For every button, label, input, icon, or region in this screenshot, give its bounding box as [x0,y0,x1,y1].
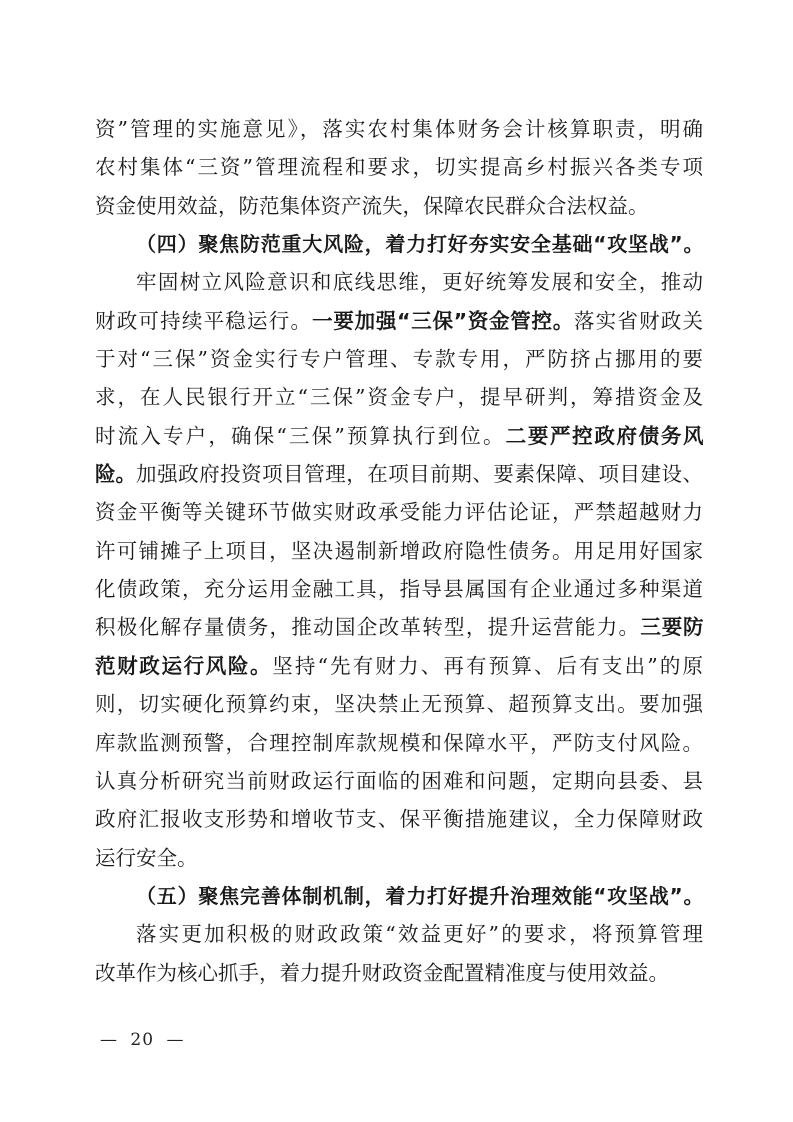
body-line: 改革作为核心抓手，着力提升财政资金配置精准度与使用效益。 [95,954,703,992]
document-body: 资”管理的实施意见》，落实农村集体财务会计核算职责，明确农村集体“三资”管理流程… [95,110,703,992]
heading-line: （五）聚焦完善体制机制，着力打好提升治理效能“攻坚战”。 [95,877,703,915]
text-run: 落实省财政关 [574,309,703,333]
document-page: 资”管理的实施意见》，落实农村集体财务会计核算职责，明确农村集体“三资”管理流程… [0,0,793,1122]
bold-text-run: 三要防 [640,615,703,639]
text-run: 财政可持续平稳运行。 [95,309,312,333]
bold-text-run: 险。 [95,462,136,486]
body-line: 财政可持续平稳运行。一要加强“三保”资金管控。落实省财政关 [95,302,703,340]
text-run: 资金平衡等关键环节做实财政承受能力评估论证，严禁超越财力 [95,500,703,524]
text-run: 时流入专户，确保“三保”预算执行到位。 [95,424,506,448]
body-line: 牢固树立风险意识和底线思维，更好统筹发展和安全，推动 [95,263,703,301]
body-line: 认真分析研究当前财政运行面临的困难和问题，定期向县委、县 [95,762,703,800]
body-line: 时流入专户，确保“三保”预算执行到位。二要严控政府债务风 [95,417,703,455]
bold-text-run: （五）聚焦完善体制机制，着力打好提升治理效能“攻坚战”。 [136,884,703,908]
text-run: 改革作为核心抓手，着力提升财政资金配置精准度与使用效益。 [95,961,669,985]
body-line: 求，在人民银行开立“三保”资金专户，提早研判，筹措资金及 [95,378,703,416]
text-run: 资金使用效益，防范集体资产流失，保障农民群众合法权益。 [95,194,649,218]
body-line: 化债政策，充分运用金融工具，指导县属国有企业通过多种渠道 [95,570,703,608]
body-line: 资金使用效益，防范集体资产流失，保障农民群众合法权益。 [95,187,703,225]
body-line: 则，切实硬化预算约束，坚决禁止无预算、超预算支出。要加强 [95,685,703,723]
body-line: 险。加强政府投资项目管理，在项目前期、要素保障、项目建设、 [95,455,703,493]
body-line: 范财政运行风险。坚持“先有财力、再有预算、后有支出”的原 [95,647,703,685]
page-number: — 20 — [100,1030,184,1050]
text-run: 于对“三保”资金实行专户管理、专款专用，严防挤占挪用的要 [95,347,703,371]
text-run: 政府汇报收支形势和增收节支、保平衡措施建议，全力保障财政 [95,807,703,831]
text-run: 积极化解存量债务，推动国企改革转型，提升运营能力。 [95,615,640,639]
body-line: 落实更加积极的财政政策“效益更好”的要求，将预算管理 [95,915,703,953]
text-run: 认真分析研究当前财政运行面临的困难和问题，定期向县委、县 [95,769,703,793]
text-run: 则，切实硬化预算约束，坚决禁止无预算、超预算支出。要加强 [95,692,703,716]
bold-text-run: （四）聚焦防范重大风险，着力打好夯实安全基础“攻坚战”。 [136,232,703,256]
text-run: 库款监测预警，合理控制库款规模和保障水平，严防支付风险。 [95,731,703,755]
text-run: 资”管理的实施意见》，落实农村集体财务会计核算职责，明确 [95,117,703,141]
heading-line: （四）聚焦防范重大风险，着力打好夯实安全基础“攻坚战”。 [95,225,703,263]
body-line: 许可铺摊子上项目，坚决遏制新增政府隐性债务。用足用好国家 [95,532,703,570]
text-run: 坚持“先有财力、再有预算、后有支出”的原 [272,654,703,678]
bold-text-run: 一要加强“三保”资金管控。 [312,309,574,333]
body-line: 积极化解存量债务，推动国企改革转型，提升运营能力。三要防 [95,608,703,646]
text-run: 许可铺摊子上项目，坚决遏制新增政府隐性债务。用足用好国家 [95,539,703,563]
bold-text-run: 二要严控政府债务风 [506,424,703,448]
bold-text-run: 范财政运行风险。 [95,654,272,678]
text-run: 农村集体“三资”管理流程和要求，切实提高乡村振兴各类专项 [95,155,703,179]
body-line: 政府汇报收支形势和增收节支、保平衡措施建议，全力保障财政 [95,800,703,838]
text-run: 求，在人民银行开立“三保”资金专户，提早研判，筹措资金及 [95,385,703,409]
text-run: 牢固树立风险意识和底线思维，更好统筹发展和安全，推动 [136,270,703,294]
body-line: 农村集体“三资”管理流程和要求，切实提高乡村振兴各类专项 [95,148,703,186]
text-run: 化债政策，充分运用金融工具，指导县属国有企业通过多种渠道 [95,577,703,601]
text-run: 加强政府投资项目管理，在项目前期、要素保障、项目建设、 [136,462,703,486]
text-run: 落实更加积极的财政政策“效益更好”的要求，将预算管理 [136,922,703,946]
body-line: 运行安全。 [95,839,703,877]
body-line: 资金平衡等关键环节做实财政承受能力评估论证，严禁超越财力 [95,493,703,531]
text-run: 运行安全。 [95,846,198,870]
body-line: 库款监测预警，合理控制库款规模和保障水平，严防支付风险。 [95,724,703,762]
body-line: 资”管理的实施意见》，落实农村集体财务会计核算职责，明确 [95,110,703,148]
body-line: 于对“三保”资金实行专户管理、专款专用，严防挤占挪用的要 [95,340,703,378]
